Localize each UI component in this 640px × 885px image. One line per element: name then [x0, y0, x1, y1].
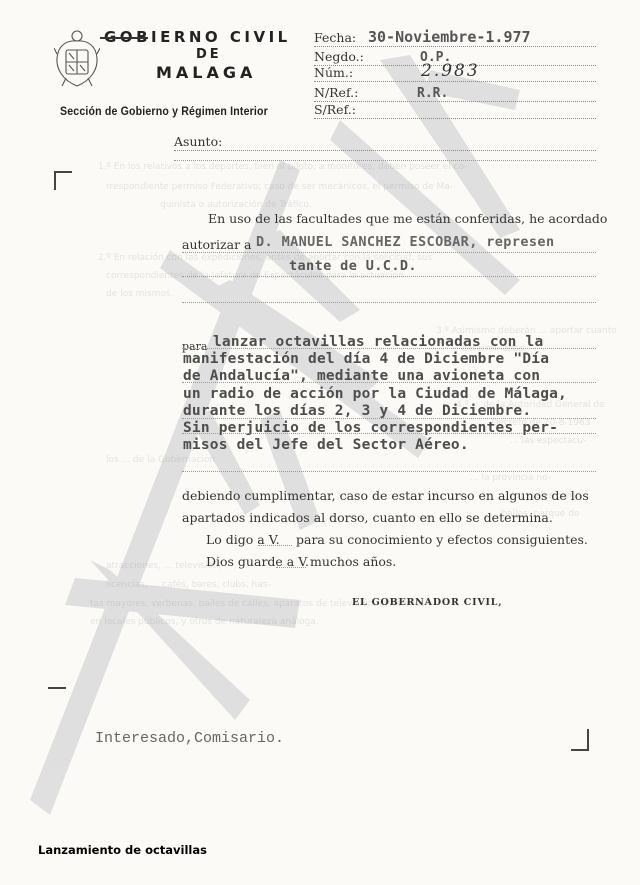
strike-line: [100, 37, 148, 39]
purpose-line: durante los días 2, 3 y 4 de Diciembre.: [183, 403, 531, 419]
field-label: Negdo.:: [314, 49, 364, 64]
corner-mark-bottom-right: [571, 729, 589, 751]
authorized-person: D. MANUEL SANCHEZ ESCOBAR, represen: [256, 234, 554, 250]
ghost-line: licencias, ... cafés, bares, clubs, has-: [106, 580, 271, 590]
field-fecha: Fecha: 30-Noviembre-1.977: [314, 29, 596, 47]
field-value-nref: R.R.: [417, 86, 448, 101]
dotline: [182, 302, 596, 303]
dotline: [182, 382, 596, 383]
letterhead-city: MALAGA: [156, 63, 256, 82]
fold-mark: [48, 687, 66, 689]
lo-digo-suffix: para su conocimiento y efectos consiguie…: [296, 532, 588, 547]
obligation-text: apartados indicados al dorso, cuanto en …: [182, 510, 553, 525]
ghost-line: en locales públicos, y otros de naturale…: [90, 617, 319, 627]
field-label: N/Ref.:: [314, 85, 358, 100]
dotline: [182, 348, 596, 349]
ghost-line: ... la provincia no-: [470, 473, 551, 483]
ghost-line: ... las espectácu-: [510, 436, 586, 446]
dotline: [182, 433, 596, 434]
field-label: Fecha:: [314, 30, 356, 45]
signatory-title: EL GOBERNADOR CIVIL,: [352, 597, 502, 608]
field-label: S/Ref.:: [314, 102, 356, 117]
obligation-text: debiendo cumplimentar, caso de estar inc…: [182, 488, 589, 503]
document-page: 1.º En los relativos a los deportes, bie…: [0, 0, 640, 885]
field-value-fecha: 30-Noviembre-1.977: [368, 28, 531, 46]
coat-of-arms-icon: [54, 28, 100, 90]
authorized-organization: tante de U.C.D.: [289, 258, 417, 274]
letterhead-de: DE: [196, 47, 222, 62]
ghost-line: quinista o autorización de Tráfico.: [160, 200, 312, 210]
recipients: Interesado,Comisario.: [95, 730, 284, 747]
asunto-field: Asunto:: [174, 133, 596, 151]
ghost-line: de los mismos.: [106, 289, 173, 299]
purpose-line: un radio de acción por la Ciudad de Mála…: [183, 386, 567, 402]
purpose-line: manifestación del día 4 de Diciembre "Dí…: [183, 351, 549, 367]
ghost-line: 1.º En los relativos a los deportes, bie…: [98, 162, 467, 172]
field-label: Núm.:: [314, 65, 353, 80]
dotline: [182, 252, 596, 253]
asunto-label: Asunto:: [174, 134, 222, 149]
ghost-line: los ... de la Gobernación: [106, 455, 215, 465]
field-numero: Núm.: 2.983: [314, 64, 596, 82]
field-nref: N/Ref.: R.R.: [314, 84, 596, 102]
field-sref: S/Ref.:: [314, 101, 596, 119]
letterhead-section: Sección de Gobierno y Régimen Interior: [60, 104, 268, 118]
purpose-line: misos del Jefe del Sector Aéreo.: [183, 437, 469, 453]
ghost-line: rrespondiente permiso Federativo; caso d…: [106, 182, 453, 192]
image-caption: Lanzamiento de octavillas: [38, 843, 207, 857]
dotline: [276, 567, 306, 568]
field-value-numero: 2.983: [421, 61, 480, 81]
asunto-dotline: [174, 160, 596, 161]
autorizar-label: autorizar a: [182, 237, 251, 252]
dotline: [182, 276, 596, 277]
dotline: [258, 545, 292, 546]
dios-guarde-suffix: muchos años.: [310, 554, 396, 569]
dotline: [182, 471, 596, 472]
dotline: [182, 418, 596, 419]
corner-mark-top-left: [54, 171, 72, 190]
intro-text: En uso de las facultades que me están co…: [208, 211, 607, 226]
ghost-line: atracciones, ... televisión,: [106, 561, 221, 571]
